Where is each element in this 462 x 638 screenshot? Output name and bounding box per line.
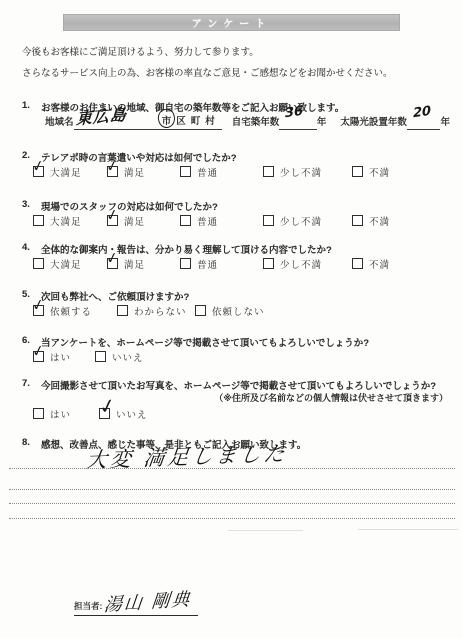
checkbox-icon[interactable] [33,351,44,362]
q4-option-neutral[interactable]: 普通 [180,257,263,271]
q5-option-will-not-request[interactable]: 依頼しない [195,304,265,318]
option-label: 満足 [124,165,145,179]
question-number: 8. [22,437,35,451]
checkbox-icon[interactable] [33,215,44,226]
option-label: 大満足 [50,165,82,179]
question-3-options: 大満足 満足 普通 少し不満 不満 [33,213,453,228]
checkbox-icon[interactable] [107,166,118,177]
option-label: 普通 [197,257,218,271]
question-7-title: 7. 今回撮影させて頂いたお写真を、ホームページ等で掲載させて頂いてもよろしいで… [22,378,452,392]
q4-option-slightly-dissatisfied[interactable]: 少し不満 [263,257,352,271]
question-6-options: はい いいえ [33,349,453,364]
option-label: 少し不満 [280,165,322,179]
intro-line-1: 今後もお客様にご満足頂けるよう、努力して参ります。 [22,42,447,63]
q4-option-very-satisfied[interactable]: 大満足 [33,257,107,271]
checkbox-icon[interactable] [180,258,191,269]
q3-option-slightly-dissatisfied[interactable]: 少し不満 [263,214,352,228]
question-4-options: 大満足 満足 普通 少し不満 不満 [33,256,453,271]
circled-city-mark: 市 [162,113,177,127]
checkbox-icon[interactable] [352,166,363,177]
house-age-label: 自宅築年数 [232,114,280,130]
header-bar: アンケート [63,14,400,31]
question-number: 3. [22,199,35,213]
question-6-title: 6. 当アンケートを、ホームページ等で掲載させて頂いてもよろしいでしょうか? [22,335,452,349]
checkbox-icon[interactable] [99,408,110,419]
option-label: 大満足 [50,214,82,228]
q6-option-yes[interactable]: はい [33,350,95,364]
question-number: 1. [22,100,35,114]
region-label: 地域名 [45,114,74,130]
q2-option-very-satisfied[interactable]: 大満足 [33,165,107,179]
q5-option-not-sure[interactable]: わからない [117,304,195,318]
q2-option-neutral[interactable]: 普通 [180,165,263,179]
survey-form-page: アンケート 今後もお客様にご満足頂けるよう、努力して参ります。 さらなるサービス… [0,0,462,638]
question-text: 次回も弊社へ、ご依頼頂けますか? [41,289,189,303]
handwritten-house-age: 36 [285,104,303,122]
checkbox-icon[interactable] [107,215,118,226]
option-label: 依頼しない [212,304,265,318]
question-7-options: はい いいえ [33,406,453,421]
option-label: 普通 [197,214,218,228]
option-label: いいえ [116,407,148,421]
question-5-title: 5. 次回も弊社へ、ご依頼頂けますか? [22,289,452,303]
municipality-options: 市区町村 [162,113,220,129]
option-label: 不満 [369,214,390,228]
question-5-options: 依頼する わからない 依頼しない [33,303,453,318]
checkbox-icon[interactable] [95,351,106,362]
q5-option-will-request[interactable]: 依頼する [33,304,117,318]
handwritten-region: 東広島 [75,102,127,130]
q2-option-dissatisfied[interactable]: 不満 [352,165,390,179]
year-unit: 年 [317,114,327,130]
q6-option-no[interactable]: いいえ [95,350,144,364]
checkbox-icon[interactable] [263,215,274,226]
option-label: いいえ [112,350,144,364]
house-age-input[interactable]: 36 [279,111,317,130]
option-label: 普通 [197,165,218,179]
option-label: 不満 [369,165,390,179]
q2-option-satisfied[interactable]: 満足 [107,165,180,179]
question-3-title: 3. 現場でのスタッフの対応は如何でしたか? [22,199,452,213]
handwritten-signature: 湯山 剛典 [103,585,193,617]
option-label: 満足 [124,214,145,228]
q3-option-neutral[interactable]: 普通 [180,214,263,228]
checkbox-icon[interactable] [107,258,118,269]
option-label: はい [50,350,71,364]
checkbox-icon[interactable] [33,305,44,316]
year-unit: 年 [440,114,450,130]
unit-town: 町 [191,116,206,127]
question-text: 今回撮影させて頂いたお写真を、ホームページ等で掲載させて頂いてもよろしいでしょう… [41,378,436,392]
checkbox-icon[interactable] [195,305,206,316]
option-label: 少し不満 [280,214,322,228]
checkbox-icon[interactable] [33,166,44,177]
page-title: アンケート [192,15,271,30]
question-text: 当アンケートを、ホームページ等で掲載させて頂いてもよろしいでしょうか? [41,335,369,349]
question-text: 全体的な御案内・報告は、分かり易く理解して頂ける内容でしたか? [41,242,332,256]
question-text: 現場でのスタッフの対応は如何でしたか? [41,199,218,213]
q3-option-dissatisfied[interactable]: 不満 [352,214,390,228]
question-7-privacy-note: （※住所及び名前などの個人情報は伏せさせて頂きます） [214,391,448,404]
option-label: 満足 [124,257,145,271]
question-number: 4. [22,242,35,256]
comment-line[interactable] [9,503,455,504]
scan-artifact [358,529,458,530]
q7-option-yes[interactable]: はい [33,407,99,421]
comment-line[interactable] [9,468,455,469]
solar-years-label: 太陽光設置年数 [340,114,407,130]
question-text: テレアポ時の言葉遣いや対応は如何でしたか? [41,150,237,164]
checkbox-icon[interactable] [180,215,191,226]
intro-text: 今後もお客様にご満足頂けるよう、努力して参ります。 さらなるサービス向上の為、お… [22,42,447,84]
checkbox-icon[interactable] [352,258,363,269]
q4-option-dissatisfied[interactable]: 不満 [352,257,390,271]
checkbox-icon[interactable] [33,258,44,269]
question-4-title: 4. 全体的な御案内・報告は、分かり易く理解して頂ける内容でしたか? [22,242,452,256]
q3-option-satisfied[interactable]: 満足 [107,214,180,228]
comment-line[interactable] [9,489,455,490]
q2-option-slightly-dissatisfied[interactable]: 少し不満 [263,165,352,179]
option-label: 大満足 [50,257,82,271]
q4-option-satisfied[interactable]: 満足 [107,257,180,271]
option-label: 依頼する [50,304,92,318]
question-1-fields: 地域名 東広島 市区町村 自宅築年数 36 年 太陽光設置年数 20 年 [45,112,450,130]
question-2-title: 2. テレアポ時の言葉遣いや対応は如何でしたか? [22,150,452,164]
unit-village: 村 [205,116,220,127]
checkbox-icon[interactable] [33,408,44,419]
solar-years-input[interactable]: 20 [407,111,441,130]
unit-ward: 区 [176,116,191,127]
staff-label: 担当者: [74,600,102,614]
checkbox-icon[interactable] [180,166,191,177]
handwritten-solar-years: 20 [413,104,431,122]
option-label: 少し不満 [280,257,322,271]
region-input[interactable]: 東広島 市区町村 [74,111,222,130]
staff-signature-block: 担当者: 湯山 剛典 [74,586,198,616]
checkbox-icon[interactable] [352,215,363,226]
q3-option-very-satisfied[interactable]: 大満足 [33,214,107,228]
option-label: わからない [134,304,187,318]
question-2-options: 大満足 満足 普通 少し不満 不満 [33,164,453,179]
checkbox-icon[interactable] [117,305,128,316]
option-label: はい [50,407,71,421]
intro-line-2: さらなるサービス向上の為、お客様の率直なご意見・ご感想などをお聞かせください。 [22,63,447,84]
comment-line[interactable] [9,518,455,519]
handwritten-comment: 大変 満足しました [84,437,289,474]
question-number: 7. [22,378,35,392]
option-label: 不満 [369,257,390,271]
checkbox-icon[interactable] [263,258,274,269]
scan-artifact [228,530,303,531]
q7-option-no[interactable]: いいえ [99,407,148,421]
checkbox-icon[interactable] [263,166,274,177]
